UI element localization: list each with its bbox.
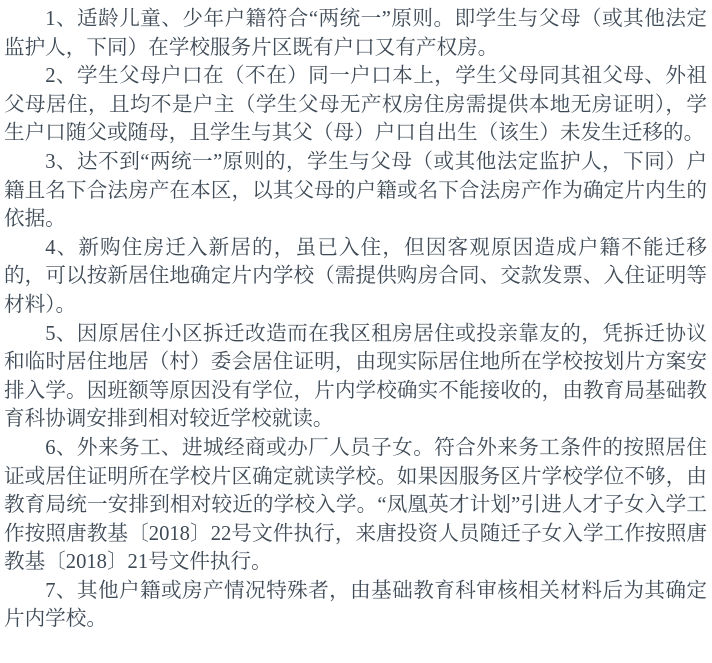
paragraph-6: 6、外来务工、进城经商或办厂人员子女。符合外来务工条件的按照居住证或居住证明所在…: [4, 434, 707, 577]
paragraph-5: 5、因原居住小区拆迁改造而在我区租房居住或投亲靠友的，凭拆迁协议和临时居住地居（…: [4, 320, 707, 434]
paragraph-3: 3、达不到“两统一”原则的，学生与父母（或其他法定监护人，下同）户籍且名下合法房…: [4, 148, 707, 234]
paragraph-7: 7、其他户籍或房产情况特殊者，由基础教育科审核相关材料后为其确定片内学校。: [4, 577, 707, 634]
paragraph-4: 4、新购住房迁入新居的，虽已入住，但因客观原因造成户籍不能迁移的，可以按新居住地…: [4, 234, 707, 320]
paragraph-1: 1、适龄儿童、少年户籍符合“两统一”原则。即学生与父母（或其他法定监护人，下同）…: [4, 5, 707, 62]
document-page: 1、适龄儿童、少年户籍符合“两统一”原则。即学生与父母（或其他法定监护人，下同）…: [0, 0, 712, 663]
paragraph-2: 2、学生父母户口在（不在）同一户口本上，学生父母同其祖父母、外祖父母居住，且均不…: [4, 62, 707, 148]
